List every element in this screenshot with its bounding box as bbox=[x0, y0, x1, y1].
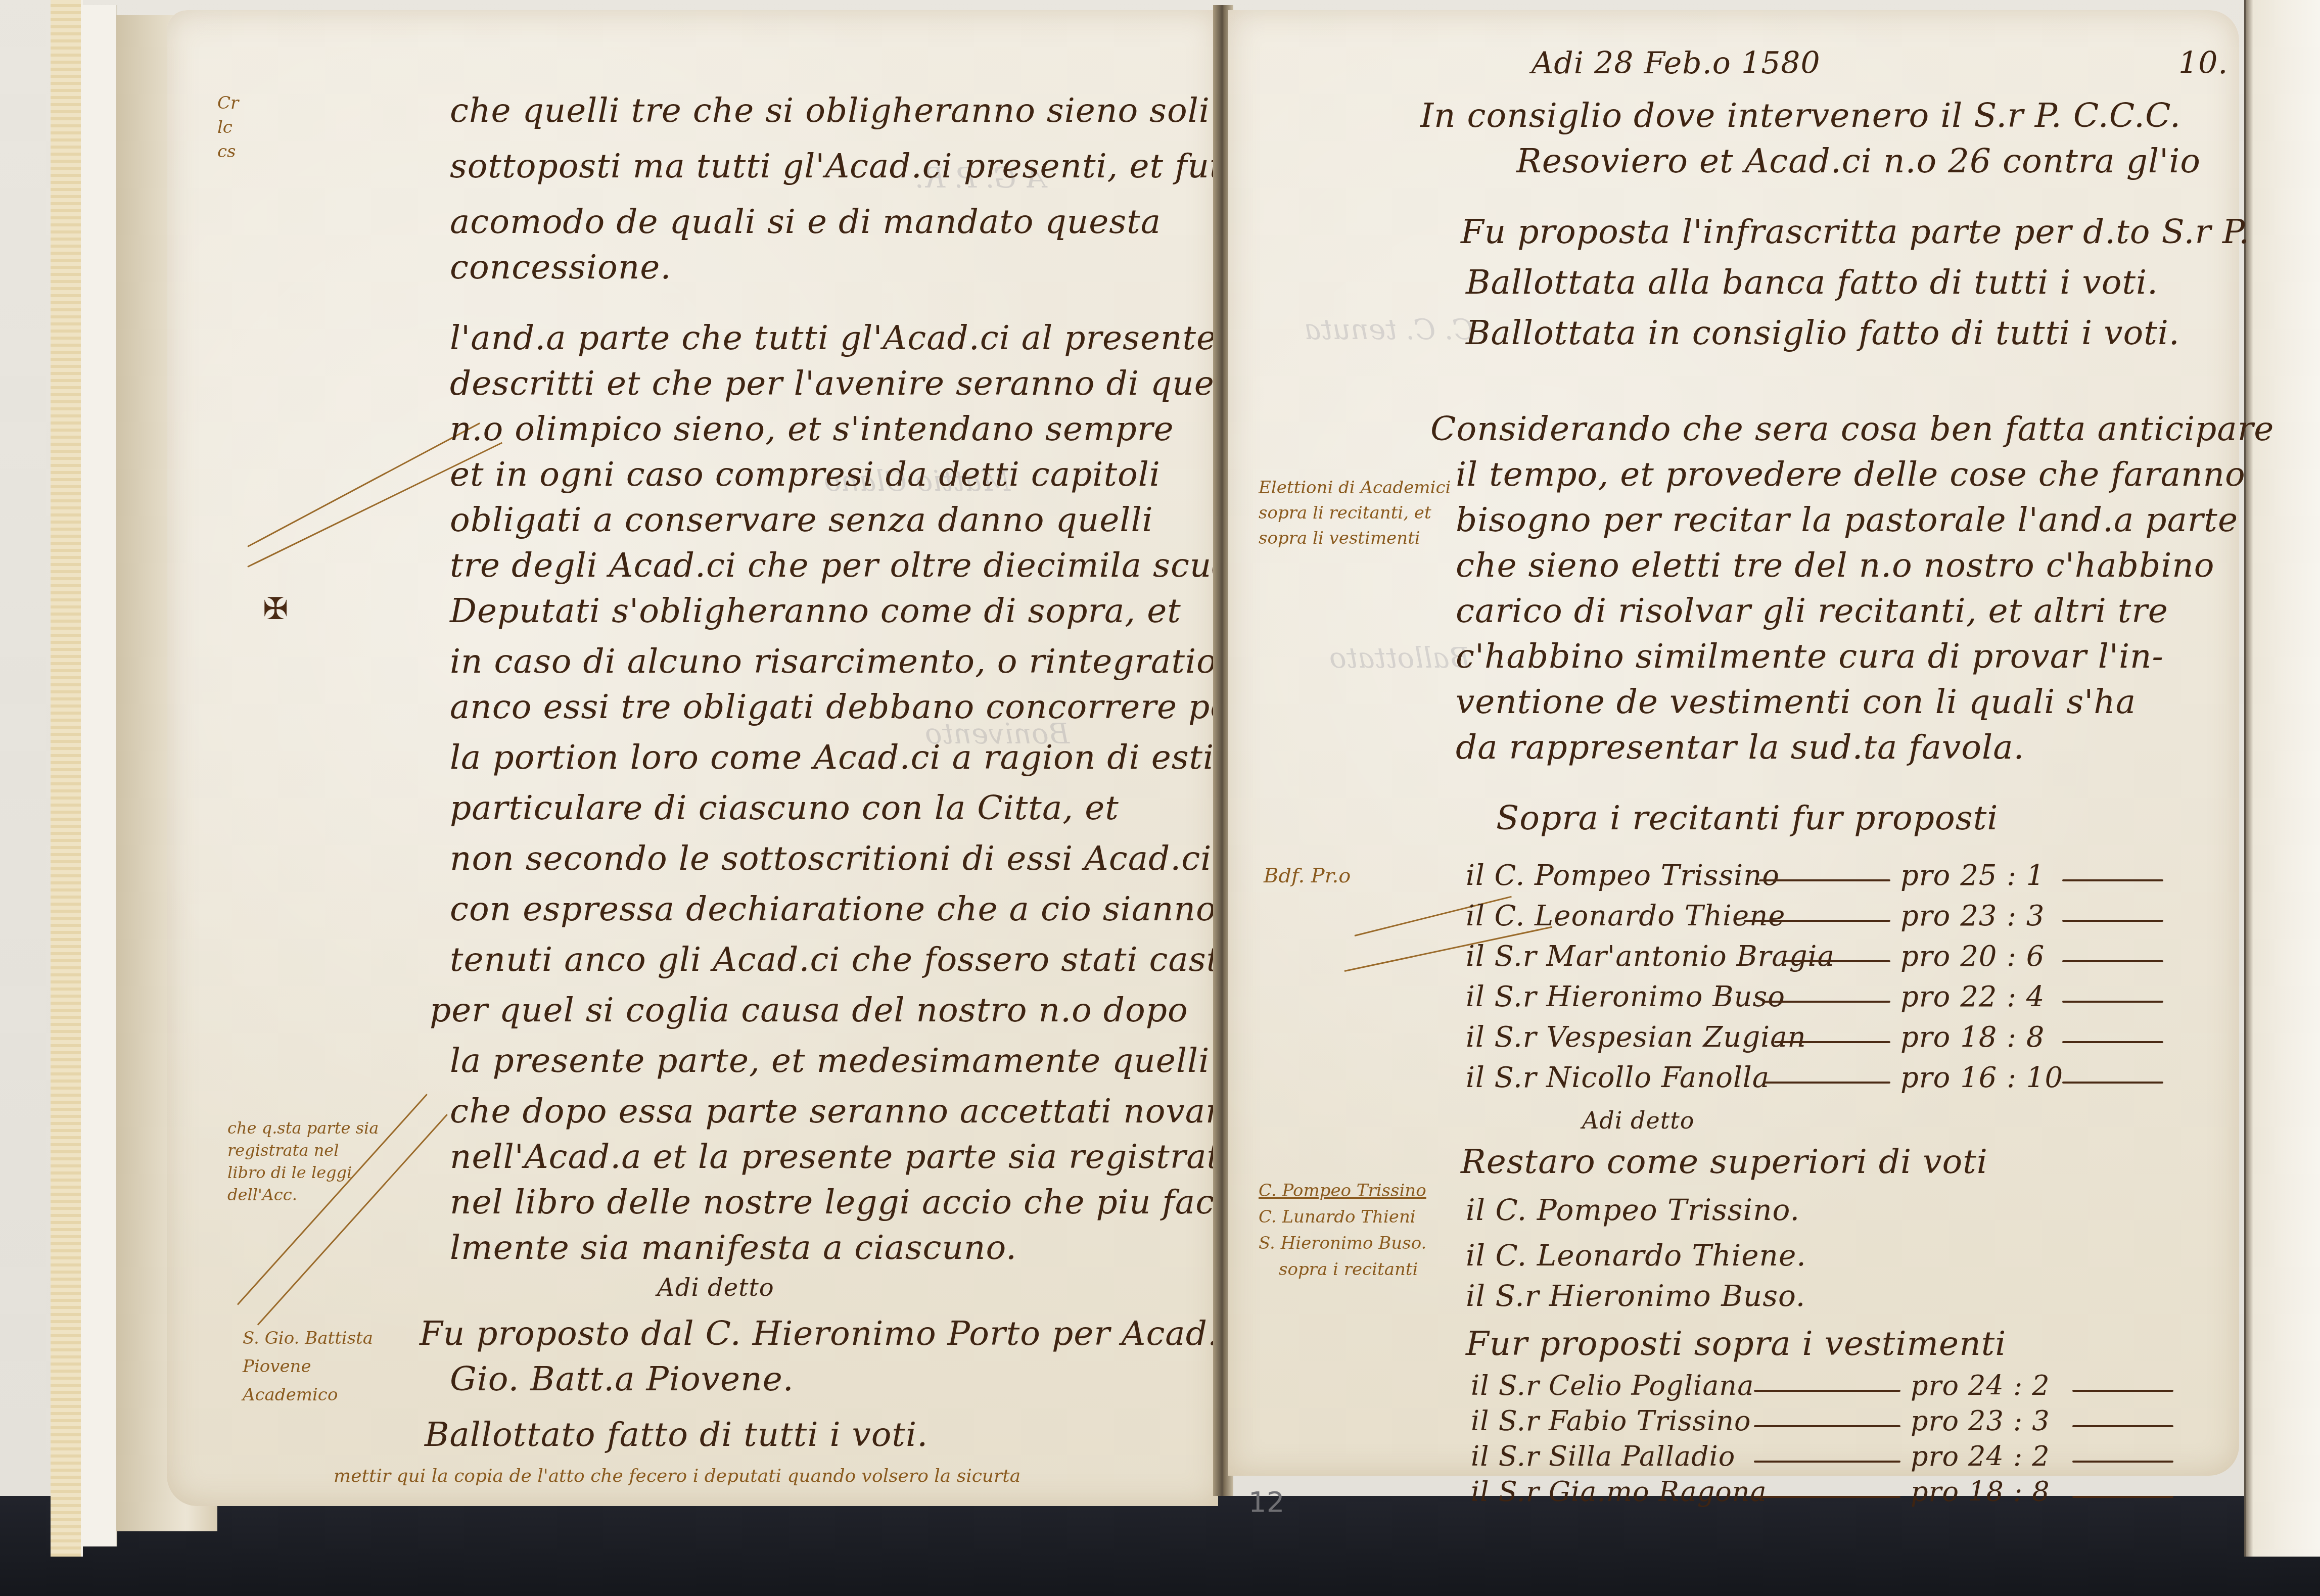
dash-separator bbox=[2062, 1001, 2163, 1003]
ballot-row-name: il S.r Silla Palladio bbox=[1471, 1440, 1735, 1472]
dash-separator bbox=[2072, 1390, 2173, 1392]
text-line: bisogno per recitar la pastorale l'and.a… bbox=[1456, 500, 2238, 539]
ballot-row-name: il S.r Fabio Trissino bbox=[1471, 1405, 1751, 1437]
ballot-row-votes: pro 24 : 2 bbox=[1911, 1370, 2050, 1401]
pencil-page-number: 12 bbox=[1248, 1486, 1284, 1519]
margin-note-elettioni: Elettioni di Academici sopra li recitant… bbox=[1259, 475, 1471, 551]
text-line: l'and.a parte che tutti gl'Acad.ci al pr… bbox=[450, 318, 1217, 357]
ballot-row-votes: pro 16 : 10 bbox=[1900, 1061, 2063, 1094]
text-line: che sieno eletti tre del n.o nostro c'ha… bbox=[1456, 546, 2215, 585]
dash-separator bbox=[1764, 1001, 1890, 1003]
dash-separator bbox=[2072, 1425, 2173, 1427]
text-line: Ballottata in consiglio fatto di tutti i… bbox=[1466, 313, 2180, 352]
dash-separator bbox=[1754, 1496, 1900, 1498]
dash-separator bbox=[2062, 1082, 2163, 1084]
text-line: con espressa dechiaratione che a cio sia… bbox=[450, 889, 1217, 928]
book-cover-edge-right bbox=[2244, 0, 2320, 1557]
ballot-row-votes: pro 18 : 8 bbox=[1911, 1476, 2050, 1508]
text-line: Gio. Batt.a Piovene. bbox=[450, 1359, 794, 1398]
page-date: Adi 28 Feb.o 1580 bbox=[1532, 45, 1821, 81]
dash-separator bbox=[1764, 1082, 1890, 1084]
book-cover-edge-left bbox=[51, 0, 83, 1557]
text-line: tenuti anco gli Acad.ci che fossero stat… bbox=[450, 940, 1231, 979]
left-page: A G. P. R. Mattio Clano Bonivento Cr lc … bbox=[167, 10, 1218, 1506]
adi-detto: Adi detto bbox=[1582, 1107, 1694, 1134]
text-line: la presente parte, et medesimamente quel… bbox=[450, 1041, 1210, 1080]
text-line: sottoposti ma tutti gl'Acad.ci presenti,… bbox=[450, 147, 1273, 185]
book-endpaper-left bbox=[81, 5, 117, 1546]
ballot-row-votes: pro 18 : 8 bbox=[1900, 1021, 2045, 1054]
text-line: descritti et che per l'avenire seranno d… bbox=[450, 364, 1267, 403]
text-line: In consiglio dove intervenero il S.r P. … bbox=[1420, 96, 2181, 135]
dash-separator bbox=[1759, 879, 1890, 881]
text-line: n.o olimpico sieno, et s'intendano sempr… bbox=[450, 409, 1174, 448]
margin-note-piovene: S. Gio. Battista Piovene Academico bbox=[243, 1324, 404, 1409]
dash-separator bbox=[1754, 1461, 1900, 1463]
ballot-row-name: il C. Pompeo Trissino bbox=[1466, 859, 1780, 892]
text-line: anco essi tre obligati debbano concorrer… bbox=[450, 687, 1247, 726]
text-line: obligati a conservare senza danno quelli bbox=[450, 500, 1153, 539]
bleed-through-text: Ballottato bbox=[1329, 642, 1470, 675]
ballot-recitanti-title: Sopra i recitanti fur proposti bbox=[1496, 799, 1998, 837]
text-line: c'habbino similmente cura di provar l'in… bbox=[1456, 637, 2164, 676]
text-line: Resoviero et Acad.ci n.o 26 contra gl'io bbox=[1516, 142, 2201, 180]
text-line: Ballottato fatto di tutti i voti. bbox=[425, 1415, 928, 1454]
text-line: carico di risolvar gli recitanti, et alt… bbox=[1456, 591, 2168, 630]
text-line: Deputati s'obligheranno come di sopra, e… bbox=[450, 591, 1181, 630]
margin-note-bdf: Bdf. Pr.o bbox=[1264, 864, 1351, 887]
dash-separator bbox=[2062, 1041, 2163, 1043]
text-line: la portion loro come Acad.ci a ragion di… bbox=[450, 738, 1267, 777]
ballot-row-votes: pro 22 : 4 bbox=[1900, 980, 2045, 1013]
deletion-stroke bbox=[247, 423, 480, 547]
ballot-vestimenti-title: Fur proposti sopra i vestimenti bbox=[1466, 1324, 2006, 1363]
text-line: nel libro delle nostre leggi accio che p… bbox=[450, 1183, 1238, 1222]
dash-separator bbox=[2062, 879, 2163, 881]
text-line: et in ogni caso compresi da detti capito… bbox=[450, 455, 1161, 494]
ballot-row-name: il S.r Gia.mo Ragona bbox=[1471, 1476, 1767, 1508]
ballot-row-name: il S.r Vespesian Zugian bbox=[1466, 1021, 1806, 1054]
text-line: per quel si coglia causa del nostro n.o … bbox=[430, 991, 1188, 1029]
dash-separator bbox=[1754, 1425, 1900, 1427]
result-name: il C. Pompeo Trissino. bbox=[1466, 1193, 1800, 1227]
bleed-through-text: C. C. tenuta bbox=[1304, 313, 1474, 346]
text-line-adi-detto: Adi detto bbox=[657, 1274, 774, 1302]
right-page: C. C. tenuta Ballottato Adi 28 Feb.o 158… bbox=[1228, 10, 2239, 1476]
text-line: Fu proposto dal C. Hieronimo Porto per A… bbox=[420, 1314, 1336, 1353]
text-line: tre degli Acad.ci che per oltre diecimil… bbox=[450, 546, 1245, 585]
text-line: in caso di alcuno risarcimento, o rinteg… bbox=[450, 642, 1259, 681]
dash-separator bbox=[1744, 920, 1890, 922]
text-line: ventione de vestimenti con li quali s'ha bbox=[1456, 682, 2136, 721]
text-line: Considerando che sera cosa ben fatta ant… bbox=[1430, 409, 2274, 448]
ballot-row-name: il S.r Hieronimo Buso bbox=[1466, 980, 1785, 1013]
footer-note: mettir qui la copia de l'atto che fecero… bbox=[334, 1466, 1020, 1486]
ballot-row-name: il S.r Nicollo Fanolla bbox=[1466, 1061, 1770, 1094]
text-line: Ballottata alla banca fatto di tutti i v… bbox=[1466, 263, 2158, 302]
ballot-row-votes: pro 23 : 3 bbox=[1911, 1405, 2050, 1437]
text-line: che quelli tre che si obligheranno sieno… bbox=[450, 91, 1210, 130]
cross-mark-icon: ✠ bbox=[263, 591, 288, 627]
text-line: acomodo de quali si e di mandato questa bbox=[450, 202, 1161, 241]
text-line: concessione. bbox=[450, 248, 671, 287]
ballot-row-votes: pro 23 : 3 bbox=[1900, 900, 2045, 932]
ballot-row-votes: pro 20 : 6 bbox=[1900, 940, 2045, 973]
text-line: lmente sia manifesta a ciascuno. bbox=[450, 1228, 1017, 1267]
result-name: il C. Leonardo Thiene. bbox=[1466, 1238, 1806, 1273]
text-line: nell'Acad.a et la presente parte sia reg… bbox=[450, 1137, 1241, 1176]
margin-note-top-left: Cr lc cs bbox=[217, 91, 239, 164]
dash-separator bbox=[2072, 1461, 2173, 1463]
ballot-row-name: il S.r Mar'antonio Bragia bbox=[1466, 940, 1835, 973]
ballot-row-votes: pro 25 : 1 bbox=[1900, 859, 2045, 892]
text-line: non secondo le sottoscritioni di essi Ac… bbox=[450, 839, 1212, 878]
dash-separator bbox=[2072, 1496, 2173, 1498]
margin-note-elected: C. Pompeo Trissino C. Lunardo Thieni S. … bbox=[1259, 1178, 1426, 1283]
result-heading: Restaro come superiori di voti bbox=[1461, 1142, 1988, 1181]
text-line: il tempo, et provedere delle cose che fa… bbox=[1456, 455, 2246, 494]
dash-separator bbox=[1754, 1390, 1900, 1392]
dash-separator bbox=[1774, 1041, 1890, 1043]
dash-separator bbox=[2062, 920, 2163, 922]
text-line: Fu proposta l'infrascritta parte per d.t… bbox=[1461, 212, 2250, 251]
scanner-bed bbox=[0, 1496, 2320, 1596]
margin-note-register: che q.sta parte sia registrata nel libro… bbox=[227, 1117, 379, 1206]
dash-separator bbox=[1784, 960, 1890, 962]
folio-number: 10. bbox=[2178, 45, 2228, 81]
text-line: particulare di ciascuno con la Citta, et bbox=[450, 788, 1119, 827]
ballot-row-name: il S.r Celio Pogliana bbox=[1471, 1370, 1754, 1401]
dash-separator bbox=[2062, 960, 2163, 962]
text-line: che dopo essa parte seranno accettati no… bbox=[450, 1092, 1314, 1131]
ballot-row-name: il C. Leonardo Thiene bbox=[1466, 900, 1785, 932]
text-line: da rappresentar la sud.ta favola. bbox=[1456, 728, 2025, 767]
result-name: il S.r Hieronimo Buso. bbox=[1466, 1279, 1805, 1313]
ballot-row-votes: pro 24 : 2 bbox=[1911, 1440, 2050, 1472]
